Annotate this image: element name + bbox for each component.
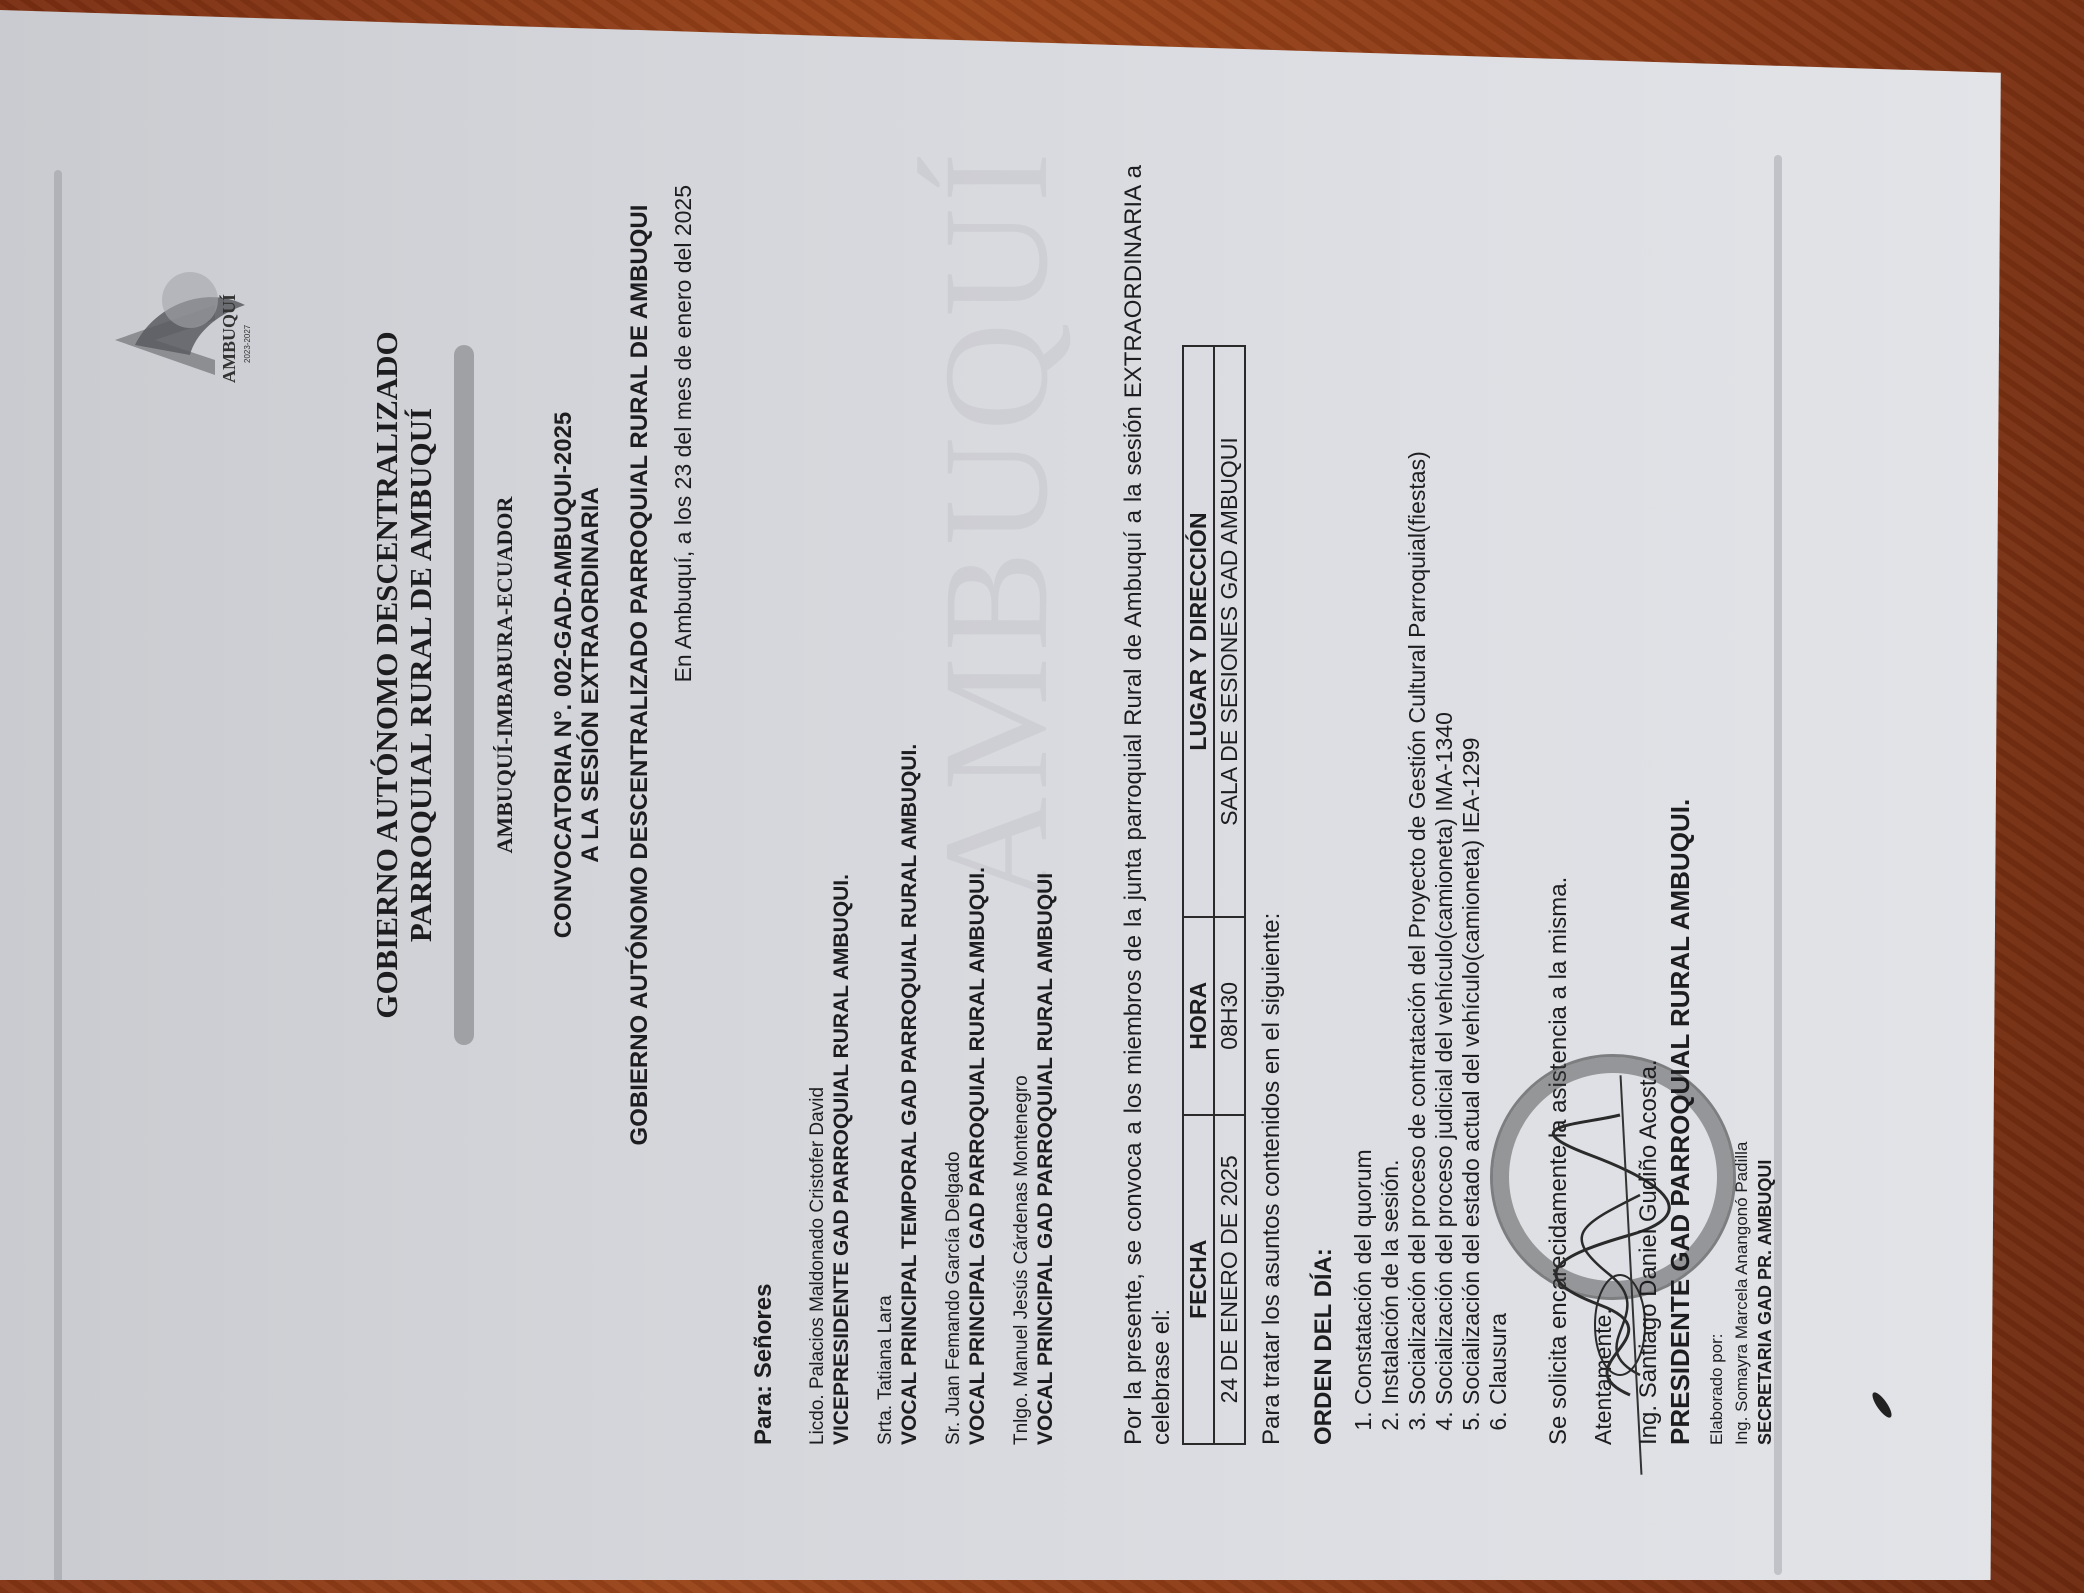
president-name: Ing. Santiago Daniel Gudiño Acosta. (1635, 1059, 1663, 1445)
svg-text:AMBUQUÍ: AMBUQUÍ (218, 294, 239, 383)
list-item: Clausura (1485, 451, 1512, 1405)
date-line: En Ambuquí, a los 23 del mes de enero de… (670, 185, 697, 885)
convocatoria-heading: CONVOCATORIA N°. 002-GAD-AMBUQUI-2025 A … (550, 325, 604, 1025)
recipient: Srta. Tatiana Lara VOCAL PRINCIPAL TEMPO… (874, 744, 922, 1445)
fold-line (54, 170, 62, 1590)
recipient: Licdo. Palacios Maldonado Cristofer Davi… (806, 874, 854, 1445)
table-cell: SALA DE SESIONES GAD AMBUQUI (1214, 346, 1245, 917)
agenda-title: ORDEN DEL DÍA: (1310, 1248, 1338, 1445)
government-heading: GOBIERNO AUTÓNOMO DESCENTRALIZADO PARROQ… (626, 175, 654, 1175)
list-item: Socialización del proceso judicial del v… (1431, 451, 1458, 1405)
table-header: HORA (1183, 917, 1214, 1115)
recipients-label: Para: Señores (750, 1284, 778, 1445)
prepared-by-label: Elaborado por: (1707, 1333, 1727, 1445)
list-item: Constatación del quorum (1350, 451, 1377, 1405)
convocation-paragraph: Por la presente, se convoca a los miembr… (1120, 165, 1176, 1445)
ambuqui-logo-icon: AMBUQUÍ 2023-2027 (95, 265, 255, 415)
table-cell: 24 DE ENERO DE 2025 (1214, 1115, 1245, 1444)
secretary-role: SECRETARIA GAD PR. AMBUQUI (1755, 1160, 1776, 1445)
secretary-name: Ing. Somayra Marcela Anangonó Padilla (1732, 1142, 1752, 1445)
recipient: Tnlgo. Manuel Jesús Cárdenas Montenegro … (1010, 873, 1058, 1445)
list-item: Socialización del proceso de contratació… (1404, 451, 1431, 1405)
location-line: AMBUQUÍ-IMBABURA-ECUADOR (492, 325, 518, 1025)
agenda-list: Constatación del quorum Instalación de l… (1350, 451, 1512, 1445)
organization-title: GOBIERNO AUTÓNOMO DESCENTRALIZADO PARROQ… (370, 325, 438, 1025)
table-header: FECHA (1183, 1115, 1214, 1444)
svg-text:2023-2027: 2023-2027 (243, 324, 252, 363)
schedule-table: FECHA HORA LUGAR Y DIRECCIÓN 24 DE ENERO… (1182, 345, 1246, 1445)
table-row: 24 DE ENERO DE 2025 08H30 SALA DE SESION… (1214, 346, 1245, 1444)
document-content: AMBUQUÍ AMBUQUÍ 2023-2027 GOBIERNO AUTÓN… (170, 155, 1870, 1445)
agenda-intro: Para tratar los asuntos contenidos en el… (1258, 913, 1286, 1445)
president-role: PRESIDENTE GAD PARROQUIAL RURAL AMBUQUI. (1665, 799, 1696, 1445)
watermark: AMBUQUÍ (910, 146, 1082, 905)
recipient: Sr. Juan Femando García Delgado VOCAL PR… (942, 867, 990, 1445)
header-divider (454, 345, 474, 1045)
list-item: Socialización del estado actual del vehí… (1458, 451, 1485, 1405)
list-item: Instalación de la sesión. (1377, 451, 1404, 1405)
table-header: LUGAR Y DIRECCIÓN (1183, 346, 1214, 917)
ink-speck (1869, 1390, 1894, 1420)
table-cell: 08H30 (1214, 917, 1245, 1115)
